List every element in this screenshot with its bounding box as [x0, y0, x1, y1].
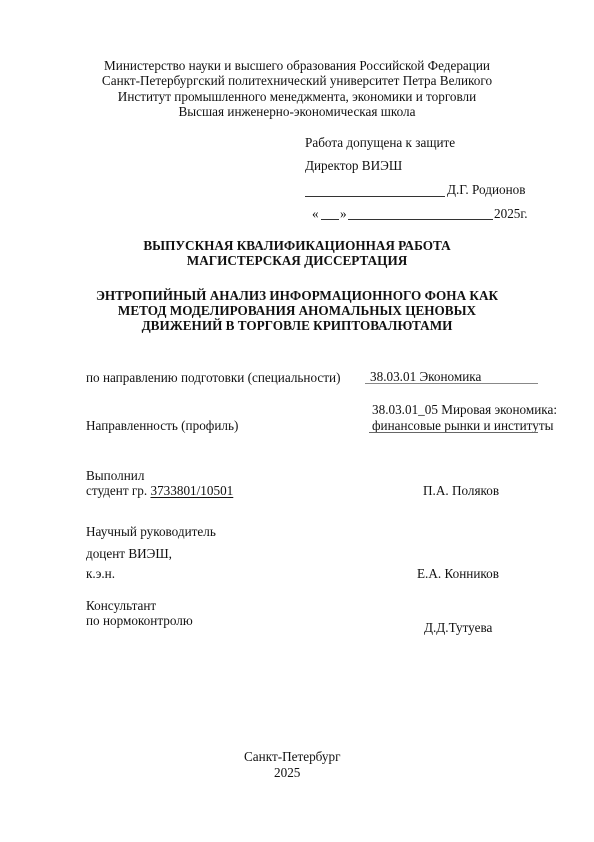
supervisor-position: доцент ВИЭШ, [86, 546, 172, 561]
profile-underline [369, 432, 538, 433]
work-type-line1: ВЫПУСКНАЯ КВАЛИФИКАЦИОННАЯ РАБОТА [0, 238, 594, 253]
author-group-line: студент гр. 3733801/10501 [86, 483, 233, 498]
date-day-blank [321, 219, 339, 220]
school-line: Высшая инженерно-экономическая школа [0, 104, 594, 119]
supervisor-name: Е.А. Конников [417, 566, 499, 581]
admitted-text: Работа допущена к защите [305, 135, 455, 150]
supervisor-label: Научный руководитель [86, 524, 216, 539]
date-close-quote: » [340, 206, 347, 221]
specialty-underline [365, 383, 538, 384]
author-name: П.А. Поляков [423, 483, 499, 498]
topic-line3: ДВИЖЕНИЙ В ТОРГОВЛЕ КРИПТОВАЛЮТАМИ [0, 318, 594, 333]
work-type-line2: МАГИСТЕРСКАЯ ДИССЕРТАЦИЯ [0, 253, 594, 268]
director-position: Директор ВИЭШ [305, 158, 402, 173]
group-prefix: студент гр. [86, 483, 150, 498]
specialty-value: 38.03.01 Экономика [370, 369, 481, 384]
consultant-label-line2: по нормоконтролю [86, 613, 193, 628]
year: 2025 [274, 765, 300, 780]
profile-value-line1: 38.03.01_05 Мировая экономика: [372, 402, 557, 417]
specialty-label: по направлению подготовки (специальности… [86, 370, 340, 385]
ministry-line: Министерство науки и высшего образования… [0, 58, 594, 73]
profile-value-line2: финансовые рынки и институты [372, 418, 553, 433]
institute-line: Институт промышленного менеджмента, экон… [0, 89, 594, 104]
consultant-name: Д.Д.Тутуева [424, 620, 492, 635]
university-line: Санкт-Петербургский политехнический унив… [0, 73, 594, 88]
date-month-blank [348, 219, 493, 220]
group-number: 3733801/10501 [150, 483, 233, 498]
author-label: Выполнил [86, 468, 144, 483]
consultant-label-line1: Консультант [86, 598, 156, 613]
supervisor-degree: к.э.н. [86, 566, 115, 581]
topic-line1: ЭНТРОПИЙНЫЙ АНАЛИЗ ИНФОРМАЦИОННОГО ФОНА … [0, 288, 594, 303]
director-signature-line [305, 196, 445, 197]
date-year: 2025г. [494, 206, 528, 221]
city: Санкт-Петербург [244, 749, 341, 764]
director-name: Д.Г. Родионов [447, 182, 525, 197]
date-open-quote: « [312, 206, 319, 221]
topic-line2: МЕТОД МОДЕЛИРОВАНИЯ АНОМАЛЬНЫХ ЦЕНОВЫХ [0, 303, 594, 318]
profile-label: Направленность (профиль) [86, 418, 238, 433]
